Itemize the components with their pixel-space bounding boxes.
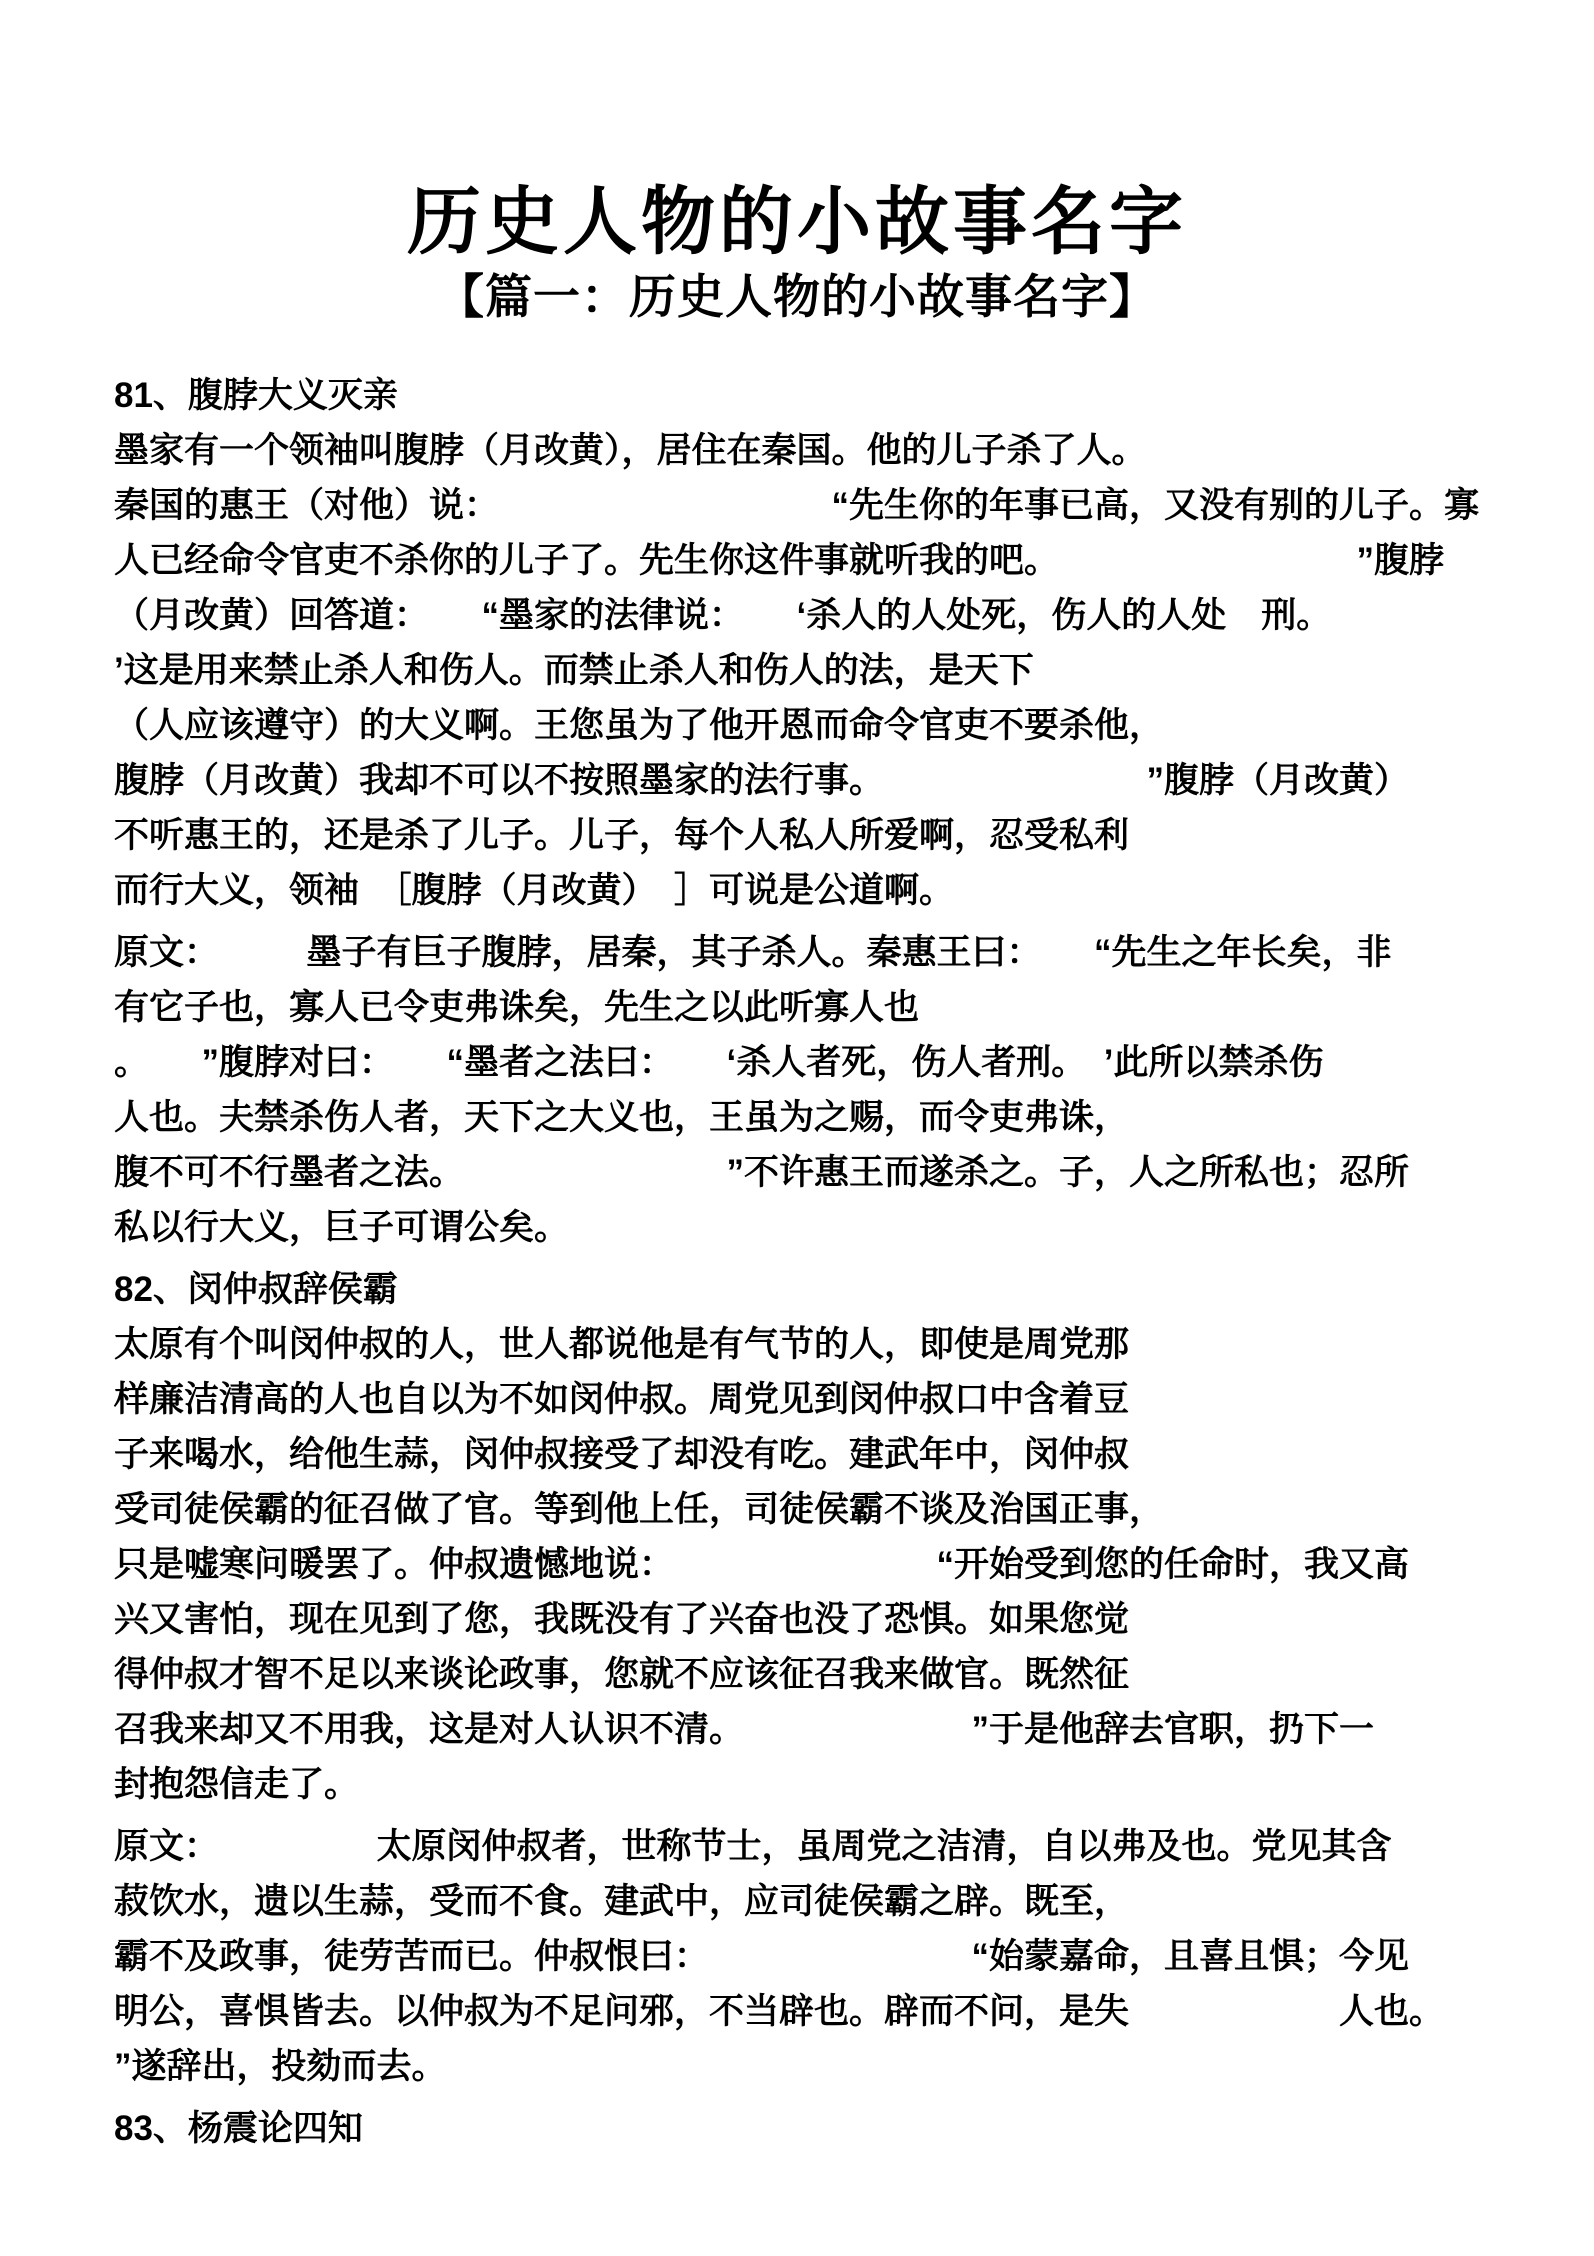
text-line: 墨家有一个领袖叫腹脖（月改黄），居住在秦国。他的儿子杀了人。 <box>114 423 1480 478</box>
text-line: 私以行大义，巨子可谓公矣。 <box>114 1200 1480 1255</box>
text-line: 得仲叔才智不足以来谈论政事，您就不应该征召我来做官。既然征 <box>114 1647 1480 1702</box>
text-line: ’这是用来禁止杀人和伤人。而禁止杀人和伤人的法，是天下 <box>114 643 1480 698</box>
text-line: 原文： 墨子有巨子腹脖，居秦，其子杀人。秦惠王曰： “先生之年长矣，非 <box>114 925 1480 980</box>
text-line: ”遂辞出，投劾而去。 <box>114 2039 1480 2094</box>
text-line: 有它子也，寡人已令吏弗诛矣，先生之以此听寡人也 <box>114 980 1480 1035</box>
text-line: 而行大义，领袖 ［腹脖（月改黄） ］可说是公道啊。 <box>114 863 1480 918</box>
document-body: 81、腹脖大义灭亲墨家有一个领袖叫腹脖（月改黄），居住在秦国。他的儿子杀了人。秦… <box>114 368 1480 2156</box>
text-line: 不听惠王的，还是杀了儿子。儿子，每个人私人所爱啊，忍受私利 <box>114 808 1480 863</box>
story-heading: 81、腹脖大义灭亲 <box>114 368 1480 423</box>
story-paragraph: 原文： 墨子有巨子腹脖，居秦，其子杀人。秦惠王曰： “先生之年长矣，非有它子也，… <box>114 925 1480 1255</box>
text-line: 样廉洁清高的人也自以为不如闵仲叔。周党见到闵仲叔口中含着豆 <box>114 1372 1480 1427</box>
page-subtitle: 【篇一：历史人物的小故事名字】 <box>114 273 1480 320</box>
text-line: 封抱怨信走了。 <box>114 1757 1480 1812</box>
text-line: 菽饮水，遗以生蒜，受而不食。建武中，应司徒侯霸之辟。既至， <box>114 1874 1480 1929</box>
text-line: 召我来却又不用我，这是对人认识不清。 ”于是他辞去官职，扔下一 <box>114 1702 1480 1757</box>
story-heading: 82、闵仲叔辞侯霸 <box>114 1262 1480 1317</box>
text-line: 腹不可不行墨者之法。 ”不许惠王而遂杀之。子，人之所私也；忍所 <box>114 1145 1480 1200</box>
text-line: 明公，喜惧皆去。以仲叔为不足问邪，不当辟也。辟而不问，是失 人也。 <box>114 1984 1480 2039</box>
text-line: 人已经命令官吏不杀你的儿子了。先生你这件事就听我的吧。 ”腹脖 <box>114 533 1480 588</box>
text-line: 原文： 太原闵仲叔者，世称节士，虽周党之洁清，自以弗及也。党见其含 <box>114 1819 1480 1874</box>
story-heading: 83、杨震论四知 <box>114 2101 1480 2156</box>
text-line: （月改黄）回答道： “墨家的法律说： ‘杀人的人处死，伤人的人处 刑。 <box>114 588 1480 643</box>
story-paragraph: 太原有个叫闵仲叔的人，世人都说他是有气节的人，即使是周党那样廉洁清高的人也自以为… <box>114 1317 1480 1812</box>
text-line: 秦国的惠王（对他）说： “先生你的年事已高，又没有别的儿子。寡 <box>114 478 1480 533</box>
page-title: 历史人物的小故事名字 <box>114 185 1480 259</box>
text-line: 人也。夫禁杀伤人者，天下之大义也，王虽为之赐，而令吏弗诛， <box>114 1090 1480 1145</box>
story-paragraph: 墨家有一个领袖叫腹脖（月改黄），居住在秦国。他的儿子杀了人。秦国的惠王（对他）说… <box>114 423 1480 918</box>
text-line: （人应该遵守）的大义啊。王您虽为了他开恩而命令官吏不要杀他， <box>114 698 1480 753</box>
text-line: 腹脖（月改黄）我却不可以不按照墨家的法行事。 ”腹脖（月改黄） <box>114 753 1480 808</box>
text-line: 受司徒侯霸的征召做了官。等到他上任，司徒侯霸不谈及治国正事， <box>114 1482 1480 1537</box>
text-line: 。 ”腹脖对曰： “墨者之法曰： ‘杀人者死，伤人者刑。 ’此所以禁杀伤 <box>114 1035 1480 1090</box>
text-line: 霸不及政事，徒劳苦而已。仲叔恨曰： “始蒙嘉命，且喜且惧；今见 <box>114 1929 1480 1984</box>
text-line: 子来喝水，给他生蒜，闵仲叔接受了却没有吃。建武年中，闵仲叔 <box>114 1427 1480 1482</box>
text-line: 兴又害怕，现在见到了您，我既没有了兴奋也没了恐惧。如果您觉 <box>114 1592 1480 1647</box>
text-line: 太原有个叫闵仲叔的人，世人都说他是有气节的人，即使是周党那 <box>114 1317 1480 1372</box>
text-line: 只是嘘寒问暖罢了。仲叔遗憾地说： “开始受到您的任命时，我又高 <box>114 1537 1480 1592</box>
document-page: 历史人物的小故事名字 【篇一：历史人物的小故事名字】 81、腹脖大义灭亲墨家有一… <box>0 0 1594 2256</box>
story-paragraph: 原文： 太原闵仲叔者，世称节士，虽周党之洁清，自以弗及也。党见其含菽饮水，遗以生… <box>114 1819 1480 2094</box>
